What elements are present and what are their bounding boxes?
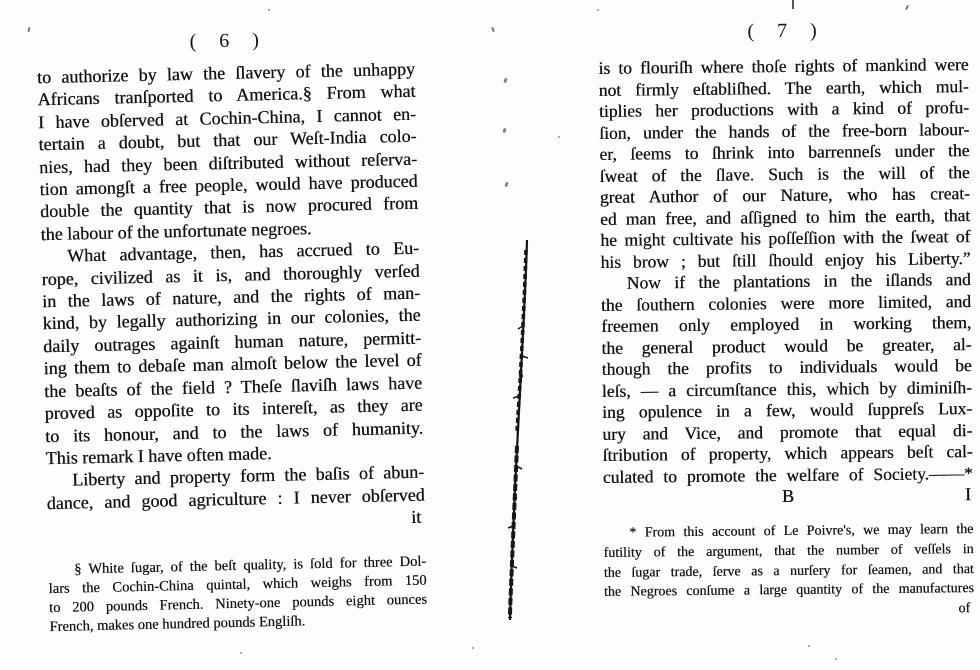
scan-speck xyxy=(808,645,810,647)
scan-speck xyxy=(597,9,599,11)
scan-speck xyxy=(835,658,837,660)
scan-speck xyxy=(905,5,909,10)
footnote-line: of xyxy=(604,599,974,623)
scan-speck xyxy=(472,647,474,649)
scan-speck xyxy=(502,128,506,134)
page-number-right: ( 7 ) xyxy=(598,18,968,46)
signature-row: B I xyxy=(603,484,973,512)
right-footnote-block: * From this account of Le Poivre's, we m… xyxy=(603,520,974,623)
left-text-block: to authorize by law the ſlavery of the u… xyxy=(37,58,426,537)
text-line: er, ſeems to ſhrink into barrenneſs unde… xyxy=(599,140,969,165)
scan-speck xyxy=(491,27,495,32)
scan-speck xyxy=(558,136,560,138)
scan-speck xyxy=(843,62,845,64)
scan-speck xyxy=(504,182,508,188)
scan-speck xyxy=(792,0,794,9)
signature-mark: B xyxy=(782,486,794,507)
scan-speck xyxy=(240,652,242,654)
scan-speck xyxy=(27,27,30,32)
book-scan-spread: ( 6 ) to authorize by law the ſlavery of… xyxy=(0,0,980,670)
page-left: ( 6 ) to authorize by law the ſlavery of… xyxy=(36,26,428,637)
footnote-line: the Negroes conſume a large quantity of … xyxy=(604,579,974,603)
page-right: ( 7 ) is to flouriſh where thoſe rights … xyxy=(598,18,974,623)
text-line: ſtribution of property, which appears be… xyxy=(602,441,972,466)
text-line: ing opulence in a few, would ſuppreſs Lu… xyxy=(602,398,972,423)
scan-speck xyxy=(268,9,270,11)
binding-gutter-artifact xyxy=(496,236,540,626)
scan-speck xyxy=(503,78,507,84)
left-footnote-block: § White ſugar, of the beſt quality, is ſ… xyxy=(48,552,428,637)
catchword-signature: I xyxy=(965,484,971,505)
page-number-left: ( 6 ) xyxy=(36,26,414,59)
right-text-block: is to flouriſh where thoſe rights of man… xyxy=(598,54,972,488)
